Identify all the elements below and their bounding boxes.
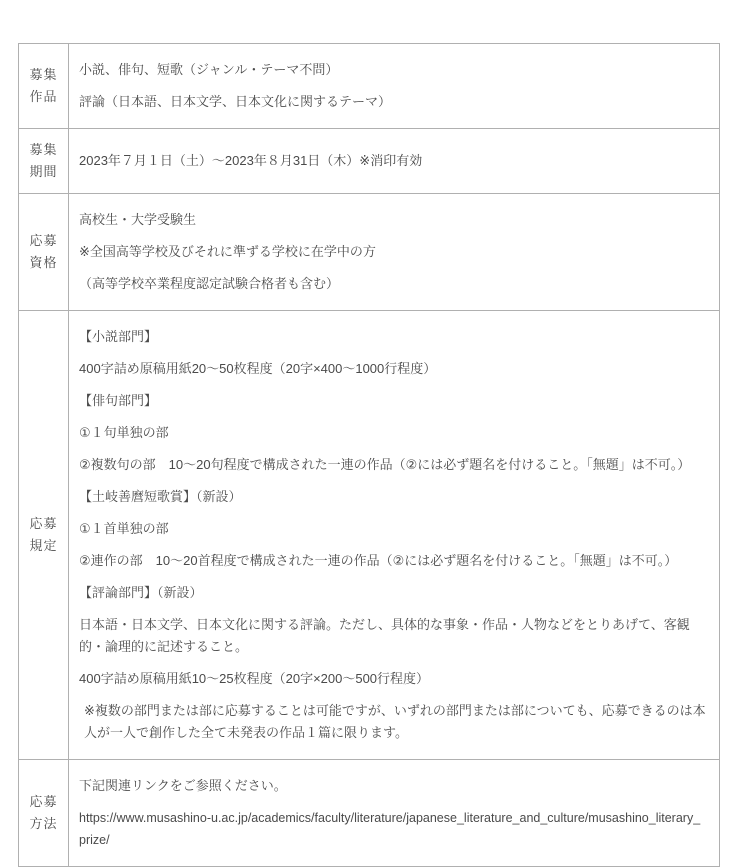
text-line: 高校生・大学受験生 — [79, 209, 707, 231]
table-row-period: 募集 期間 2023年７月１日（土）～2023年８月31日（木）※消印有効 — [19, 128, 719, 193]
row-content-eligibility: 高校生・大学受験生 ※全国高等学校及びそれに準ずる学校に在学中の方 （高等学校卒… — [69, 194, 719, 310]
application-guidelines-table: 募集 作品 小説、俳句、短歌（ジャンル・テーマ不問） 評論（日本語、日本文学、日… — [18, 43, 720, 867]
section-heading-haiku: 【俳句部門】 — [79, 390, 707, 412]
text-line: 下記関連リンクをご参照ください。 — [79, 775, 707, 797]
text-line: ※全国高等学校及びそれに準ずる学校に在学中の方 — [79, 241, 707, 263]
row-label-works: 募集 作品 — [19, 44, 69, 128]
application-url: https://www.musashino-u.ac.jp/academics/… — [79, 807, 707, 851]
text-line: 400字詰め原稿用紙10～25枚程度（20字×200～500行程度） — [79, 668, 707, 690]
text-line: 日本語・日本文学、日本文化に関する評論。ただし、具体的な事象・作品・人物などをと… — [79, 614, 707, 658]
text-line: ②複数句の部 10～20句程度で構成された一連の作品（②には必ず題名を付けること… — [79, 454, 707, 476]
table-row-method: 応募 方法 下記関連リンクをご参照ください。 https://www.musas… — [19, 759, 719, 866]
section-heading-tanka: 【土岐善麿短歌賞】（新設） — [79, 486, 707, 508]
text-line: ②連作の部 10～20首程度で構成された一連の作品（②には必ず題名を付けること。… — [79, 550, 707, 572]
row-content-works: 小説、俳句、短歌（ジャンル・テーマ不問） 評論（日本語、日本文学、日本文化に関す… — [69, 44, 719, 128]
row-content-method: 下記関連リンクをご参照ください。 https://www.musashino-u… — [69, 760, 719, 866]
section-heading-criticism: 【評論部門】（新設） — [79, 582, 707, 604]
row-label-period: 募集 期間 — [19, 129, 69, 193]
section-heading-novel: 【小説部門】 — [79, 326, 707, 348]
text-line: （高等学校卒業程度認定試験合格者も含む） — [79, 273, 707, 295]
table-row-works: 募集 作品 小説、俳句、短歌（ジャンル・テーマ不問） 評論（日本語、日本文学、日… — [19, 44, 719, 128]
text-line: 400字詰め原稿用紙20～50枚程度（20字×400～1000行程度） — [79, 358, 707, 380]
text-line: 評論（日本語、日本文学、日本文化に関するテーマ） — [79, 91, 707, 113]
text-line: ①１句単独の部 — [79, 422, 707, 444]
note-line: ※複数の部門または部に応募することは可能ですが、いずれの部門または部についても、… — [79, 700, 707, 744]
row-content-rules: 【小説部門】 400字詰め原稿用紙20～50枚程度（20字×400～1000行程… — [69, 311, 719, 759]
table-row-eligibility: 応募 資格 高校生・大学受験生 ※全国高等学校及びそれに準ずる学校に在学中の方 … — [19, 193, 719, 310]
row-label-method: 応募 方法 — [19, 760, 69, 866]
table-row-rules: 応募 規定 【小説部門】 400字詰め原稿用紙20～50枚程度（20字×400～… — [19, 310, 719, 759]
row-content-period: 2023年７月１日（土）～2023年８月31日（木）※消印有効 — [69, 129, 719, 193]
text-line: 2023年７月１日（土）～2023年８月31日（木）※消印有効 — [79, 150, 707, 172]
row-label-rules: 応募 規定 — [19, 311, 69, 759]
text-line: 小説、俳句、短歌（ジャンル・テーマ不問） — [79, 59, 707, 81]
row-label-eligibility: 応募 資格 — [19, 194, 69, 310]
text-line: ①１首単独の部 — [79, 518, 707, 540]
